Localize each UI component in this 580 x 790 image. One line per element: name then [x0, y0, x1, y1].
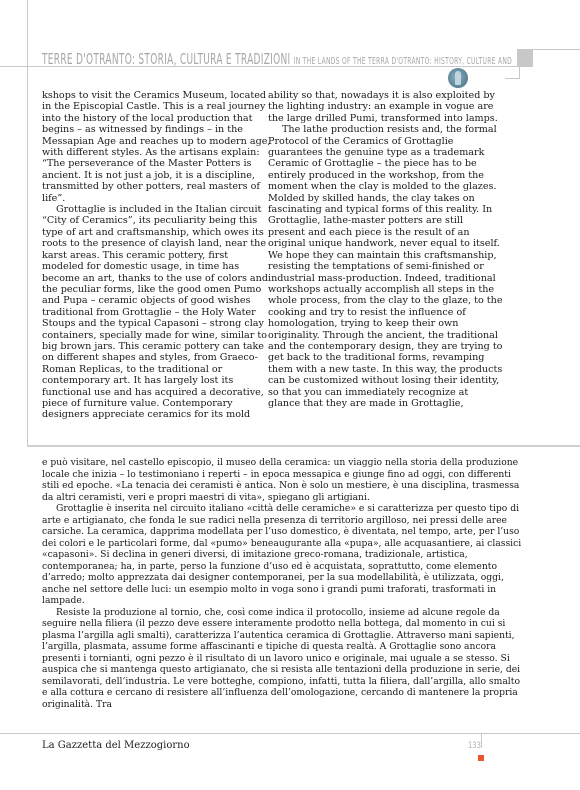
header-right-rule	[533, 49, 580, 50]
page-number: 133	[468, 741, 481, 751]
italian-paragraph: e può visitare, nel castello episcopio, …	[42, 457, 524, 503]
publication-name: La Gazzetta del Mezzogiorno	[42, 740, 190, 751]
orange-square-marker	[478, 755, 484, 761]
english-paragraph: Grottaglie is included in the Italian ci…	[42, 204, 272, 421]
english-paragraph: The lathe production resists and, the fo…	[268, 124, 503, 409]
running-header: Terre d'Otranto: Storia, Cultura e Tradi…	[42, 50, 512, 66]
footer-rule	[0, 733, 580, 734]
italian-paragraph: Resiste la produzione al tornio, che, co…	[42, 607, 524, 711]
footer-tick	[481, 733, 482, 748]
header-title-english: in the lands of the Terra d'Otranto: his…	[294, 56, 512, 66]
header-rule	[0, 66, 517, 67]
header-grey-block	[517, 49, 533, 67]
logo-bracket-horizontal	[505, 78, 520, 79]
english-paragraph: ability so that, nowadays it is also exp…	[268, 90, 503, 124]
english-column-left: kshops to visit the Ceramics Museum, loc…	[42, 90, 272, 421]
header-title-italian: Terre d'Otranto: Storia, Cultura e Tradi…	[42, 50, 291, 66]
english-box-bottom-rule	[27, 445, 580, 447]
italian-body-text: e può visitare, nel castello episcopio, …	[42, 457, 524, 710]
english-paragraph: kshops to visit the Ceramics Museum, loc…	[42, 90, 272, 204]
italian-paragraph: Grottaglie è inserita nel circuito itali…	[42, 503, 524, 607]
medallion-figure-icon	[448, 68, 468, 88]
english-column-right: ability so that, nowadays it is also exp…	[268, 90, 503, 409]
